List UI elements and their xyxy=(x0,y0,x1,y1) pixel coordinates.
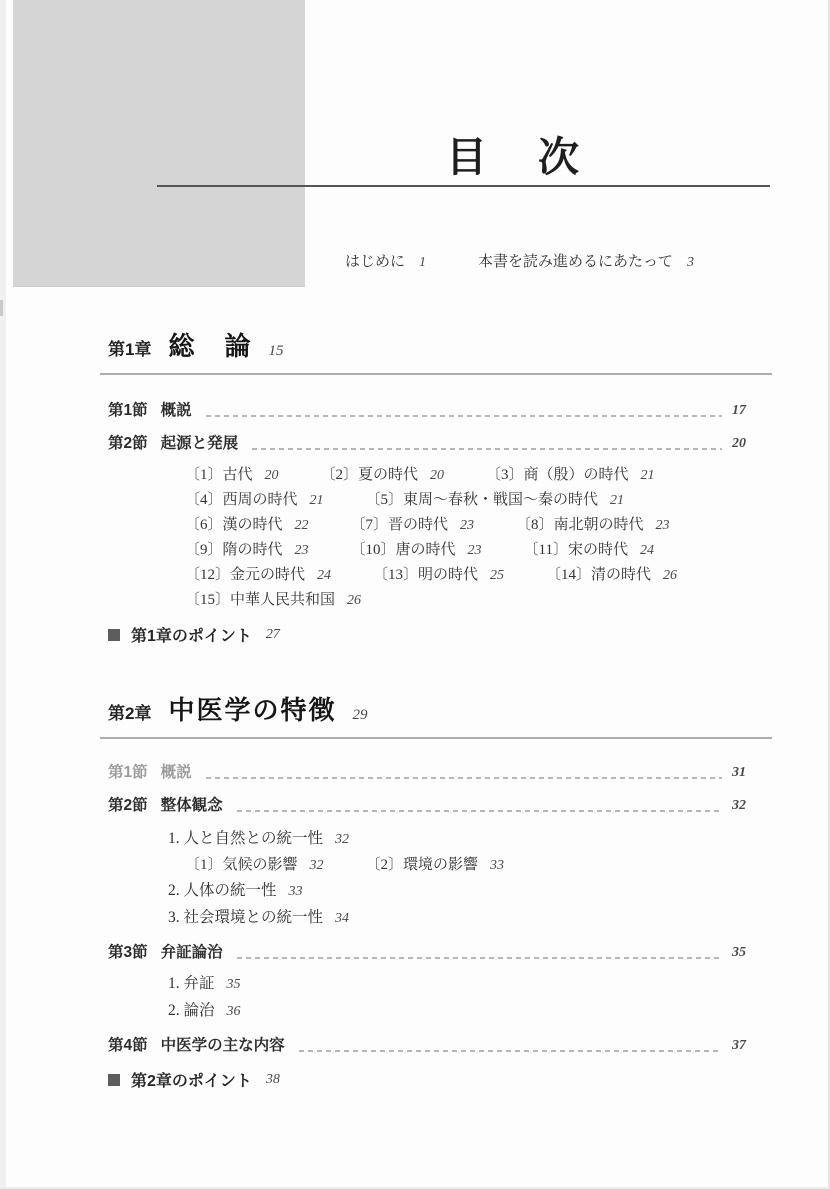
page-number: 32 xyxy=(732,794,762,818)
subsection-label: 〔1〕気候の影響 xyxy=(185,853,298,878)
section-number: 第4節 xyxy=(108,1034,148,1058)
section-number: 第2節 xyxy=(108,432,148,456)
intro-label: 本書を読み進めるにあたって xyxy=(478,250,673,271)
page-number: 38 xyxy=(266,1072,280,1088)
page-number: 29 xyxy=(352,699,367,731)
subsection-list: 〔1〕古代20 〔2〕夏の時代20 〔3〕商（殷）の時代21 〔4〕西周の時代2… xyxy=(185,463,772,613)
toc-entry-subsection: 〔9〕隋の時代23 xyxy=(185,538,309,563)
chapter-2-heading: 第2章 中医学の特徴 29 xyxy=(100,694,772,739)
page-number: 25 xyxy=(490,563,504,588)
toc-entry-section: 第2節 整体観念 32 xyxy=(100,794,772,818)
dot-leader xyxy=(206,777,722,779)
page-number: 31 xyxy=(732,761,762,785)
page-number: 23 xyxy=(460,513,474,538)
page-number: 24 xyxy=(317,563,331,588)
dot-leader xyxy=(206,415,722,417)
page-number: 3 xyxy=(687,255,694,271)
dot-leader xyxy=(237,810,722,812)
subsection-row: 〔15〕中華人民共和国26 xyxy=(185,588,772,613)
square-bullet-icon xyxy=(108,1074,120,1086)
page-number: 20 xyxy=(430,463,444,488)
intro-item-hajimeni: はじめに 1 xyxy=(345,250,426,271)
toc-entry-section: 第1節 概説 31 xyxy=(100,761,772,785)
section-title: 中医学の主な内容 xyxy=(161,1034,285,1058)
subsection-label: 〔5〕東周～春秋・戦国～秦の時代 xyxy=(366,488,599,513)
subsection-label: 〔6〕漢の時代 xyxy=(185,513,283,538)
subsection-label: 〔7〕晋の時代 xyxy=(351,513,449,538)
page-number: 24 xyxy=(640,538,654,563)
subsection-label: 〔10〕唐の時代 xyxy=(351,538,456,563)
toc-entry-section: 第4節 中医学の主な内容 37 xyxy=(100,1034,772,1058)
section-title: 起源と発展 xyxy=(161,432,239,456)
toc-entry-numbered: 1. 弁証 35 xyxy=(168,971,772,998)
subsection-row: 〔9〕隋の時代23 〔10〕唐の時代23 〔11〕宋の時代24 xyxy=(185,538,772,563)
toc-entry-section: 第1節 概説 17 xyxy=(100,399,772,423)
toc-entry-numbered: 3. 社会環境との統一性 34 xyxy=(168,905,772,932)
section-number: 第3節 xyxy=(108,941,148,965)
subsection-label: 〔2〕環境の影響 xyxy=(366,853,479,878)
page-number: 21 xyxy=(641,463,655,488)
chapter-number: 第1章 xyxy=(108,334,151,366)
page-number: 15 xyxy=(268,335,283,367)
square-bullet-icon xyxy=(108,629,120,641)
page-number: 1 xyxy=(419,255,426,271)
toc-entry-numbered: 2. 論治 36 xyxy=(168,998,772,1025)
numbered-label: 2. 人体の統一性 xyxy=(168,878,277,904)
numbered-label: 1. 弁証 xyxy=(168,971,215,997)
page-number: 23 xyxy=(656,513,670,538)
dot-leader xyxy=(237,957,722,959)
toc-entry-subsection: 〔1〕気候の影響32 xyxy=(185,853,324,878)
section-title: 整体観念 xyxy=(161,794,223,818)
toc-entry-subsection: 〔4〕西周の時代21 xyxy=(185,488,324,513)
chapter-number: 第2章 xyxy=(108,698,151,730)
toc-entry-subsection: 〔11〕宋の時代24 xyxy=(524,538,654,563)
section-title: 概説 xyxy=(161,399,192,423)
section-number: 第1節 xyxy=(108,399,148,423)
subsection-row: 〔12〕金元の時代24 〔13〕明の時代25 〔14〕清の時代26 xyxy=(185,563,772,588)
corner-gray-block xyxy=(13,0,305,287)
scan-edge-left xyxy=(0,0,6,1189)
subsection-label: 〔9〕隋の時代 xyxy=(185,538,283,563)
toc-entry-numbered: 1. 人と自然との統一性 32 xyxy=(168,826,772,853)
page-number: 32 xyxy=(335,827,349,853)
dot-leader xyxy=(252,448,722,450)
page-number: 37 xyxy=(732,1034,762,1058)
section-number: 第2節 xyxy=(108,794,148,818)
subsection-label: 〔11〕宋の時代 xyxy=(524,538,628,563)
toc-entry-subsection: 〔8〕南北朝の時代23 xyxy=(516,513,670,538)
numbered-label: 2. 論治 xyxy=(168,998,215,1024)
subsection-label: 〔15〕中華人民共和国 xyxy=(185,588,335,613)
toc-entry-subsection: 〔2〕夏の時代20 xyxy=(321,463,445,488)
subsection-label: 〔1〕古代 xyxy=(185,463,253,488)
toc-entry-subsection: 〔1〕古代20 xyxy=(185,463,279,488)
intro-row: はじめに 1 本書を読み進めるにあたって 3 xyxy=(345,250,694,271)
page-number: 20 xyxy=(732,432,762,456)
page-number: 35 xyxy=(227,972,241,998)
toc-entry-subsection: 〔14〕清の時代26 xyxy=(546,563,677,588)
subsection-label: 〔4〕西周の時代 xyxy=(185,488,298,513)
subsection-row: 〔1〕古代20 〔2〕夏の時代20 〔3〕商（殷）の時代21 xyxy=(185,463,772,488)
page-number: 26 xyxy=(347,588,361,613)
chapter-title: 中医学の特徴 xyxy=(168,694,336,726)
scan-edge-tick xyxy=(0,300,3,316)
toc-entry-subsection: 〔13〕明の時代25 xyxy=(373,563,504,588)
toc-entry-subsection: 〔15〕中華人民共和国26 xyxy=(185,588,361,613)
page-number: 21 xyxy=(610,488,624,513)
chapter-title: 総 論 xyxy=(168,330,252,362)
page-number: 33 xyxy=(289,879,303,905)
toc-entry-section: 第3節 弁証論治 35 xyxy=(100,941,772,965)
subsection-label: 〔3〕商（殷）の時代 xyxy=(486,463,629,488)
toc-entry-subsection: 〔12〕金元の時代24 xyxy=(185,563,331,588)
subsection-label: 〔14〕清の時代 xyxy=(546,563,651,588)
toc-entry-subsection: 〔10〕唐の時代23 xyxy=(351,538,482,563)
intro-label: はじめに xyxy=(345,250,405,271)
toc-page: 目 次 はじめに 1 本書を読み進めるにあたって 3 第1章 総 論 15 第1… xyxy=(0,0,830,1189)
page-number: 27 xyxy=(266,627,280,643)
chapter-point-entry: 第2章のポイント 38 xyxy=(100,1068,772,1091)
toc-entry-numbered: 2. 人体の統一性 33 xyxy=(168,878,772,905)
page-number: 21 xyxy=(310,488,324,513)
numbered-label: 1. 人と自然との統一性 xyxy=(168,826,323,852)
intro-item-honsho: 本書を読み進めるにあたって 3 xyxy=(478,250,694,271)
subsection-label: 〔12〕金元の時代 xyxy=(185,563,305,588)
subsection-label: 〔8〕南北朝の時代 xyxy=(516,513,644,538)
toc-entry-subsection: 〔7〕晋の時代23 xyxy=(351,513,475,538)
page-number: 23 xyxy=(295,538,309,563)
toc-entry-subsection: 〔6〕漢の時代22 xyxy=(185,513,309,538)
page-number: 32 xyxy=(310,853,324,878)
page-title: 目 次 xyxy=(446,124,584,183)
page-number: 22 xyxy=(295,513,309,538)
page-number: 33 xyxy=(490,853,504,878)
toc-entry-section: 第2節 起源と発展 20 xyxy=(100,432,772,456)
subsection-label: 〔2〕夏の時代 xyxy=(321,463,419,488)
page-number: 20 xyxy=(265,463,279,488)
page-number: 23 xyxy=(468,538,482,563)
section-number: 第1節 xyxy=(108,761,148,785)
page-number: 17 xyxy=(732,399,762,423)
section-title: 概説 xyxy=(161,761,192,785)
subsection-label: 〔13〕明の時代 xyxy=(373,563,478,588)
page-number: 34 xyxy=(335,906,349,932)
point-label: 第2章のポイント xyxy=(131,1068,252,1091)
section-title: 弁証論治 xyxy=(161,941,223,965)
toc-entry-subsection: 〔5〕東周～春秋・戦国～秦の時代21 xyxy=(366,488,625,513)
subsection-row: 〔1〕気候の影響32 〔2〕環境の影響33 xyxy=(185,853,772,878)
page-number: 36 xyxy=(227,999,241,1025)
page-number: 26 xyxy=(663,563,677,588)
subsection-row: 〔4〕西周の時代21 〔5〕東周～春秋・戦国～秦の時代21 xyxy=(185,488,772,513)
page-number: 35 xyxy=(732,941,762,965)
title-rule xyxy=(157,185,770,187)
chapter-point-entry: 第1章のポイント 27 xyxy=(100,623,772,646)
dot-leader xyxy=(299,1050,722,1052)
toc-entry-subsection: 〔3〕商（殷）の時代21 xyxy=(486,463,655,488)
chapter-1-heading: 第1章 総 論 15 xyxy=(100,330,772,375)
numbered-label: 3. 社会環境との統一性 xyxy=(168,905,323,931)
subsection-row: 〔6〕漢の時代22 〔7〕晋の時代23 〔8〕南北朝の時代23 xyxy=(185,513,772,538)
chapter-2: 第2章 中医学の特徴 29 第1節 概説 31 第2節 整体観念 32 1. 人… xyxy=(100,694,772,1091)
toc-entry-subsection: 〔2〕環境の影響33 xyxy=(366,853,505,878)
chapter-1: 第1章 総 論 15 第1節 概説 17 第2節 起源と発展 20 〔1〕古代2… xyxy=(100,330,772,646)
point-label: 第1章のポイント xyxy=(131,623,252,646)
